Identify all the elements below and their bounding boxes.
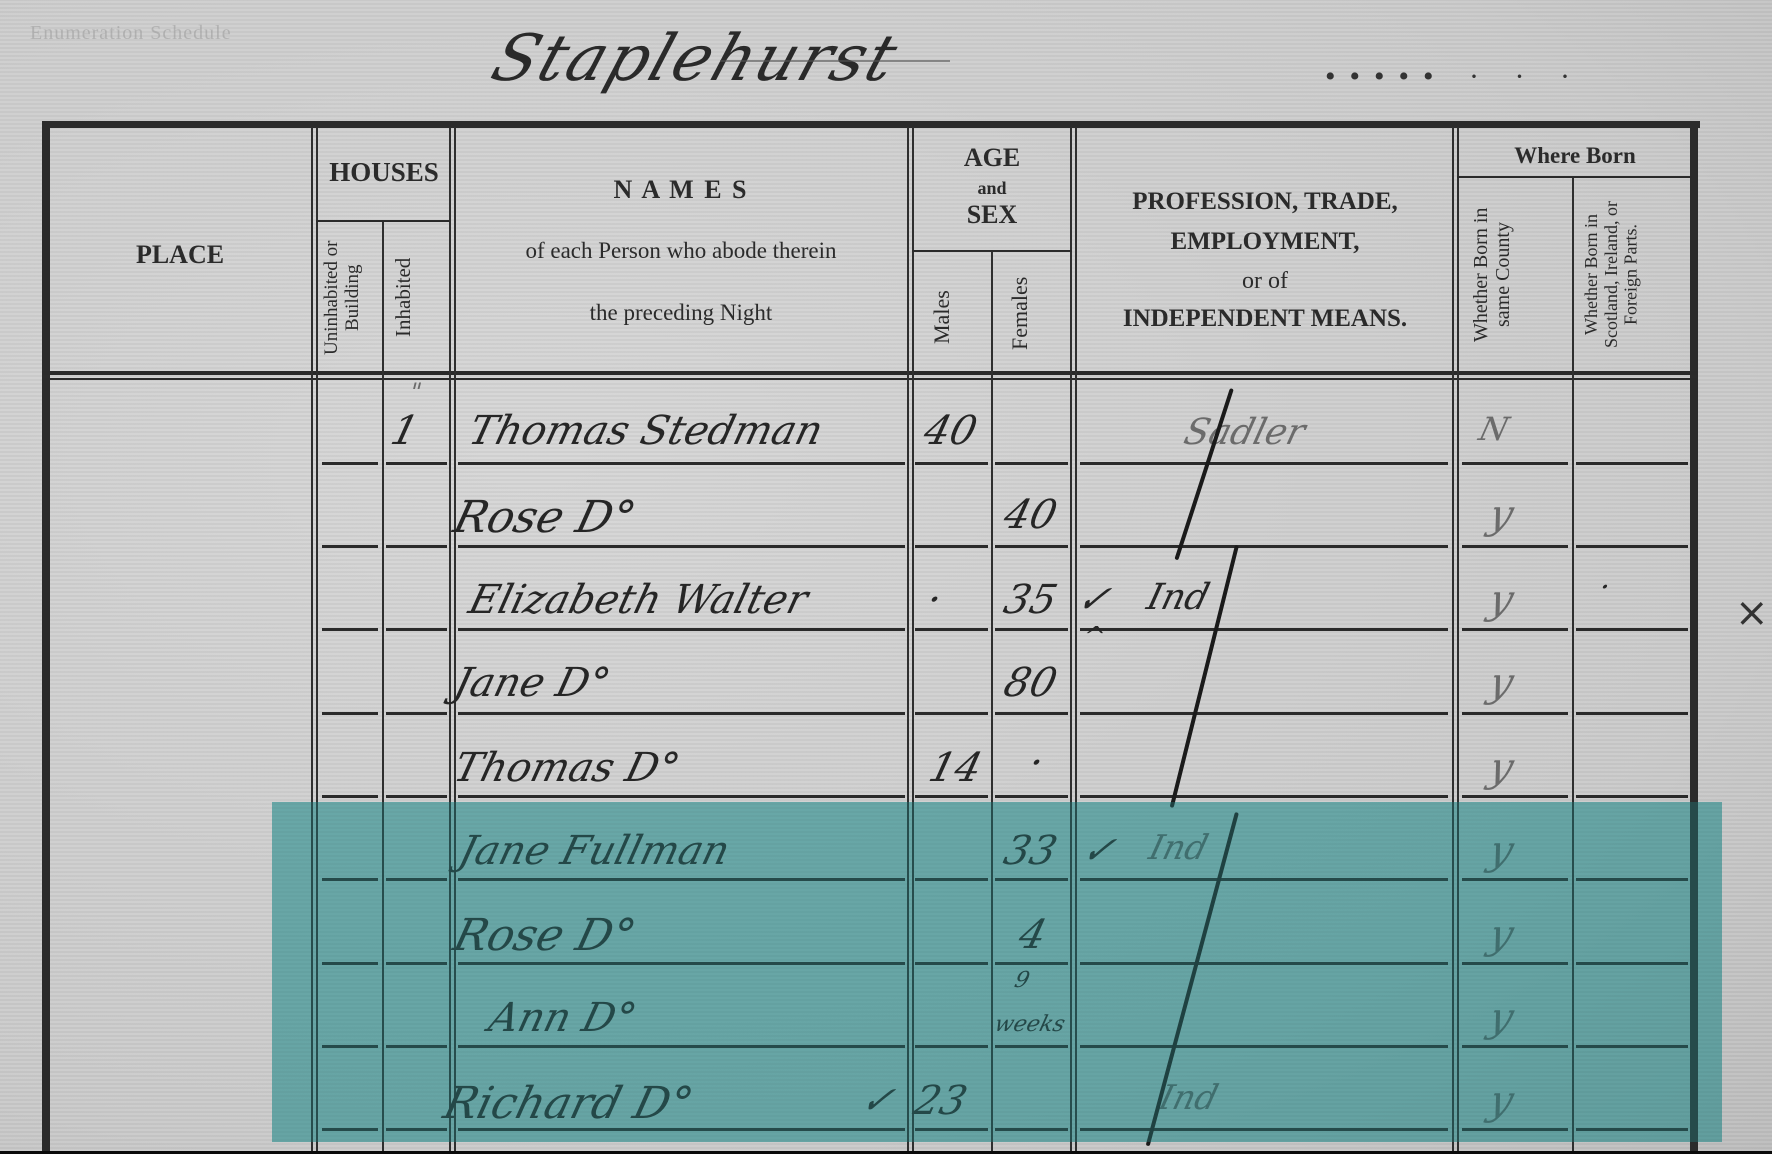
header-profession-line3: or of — [1078, 268, 1452, 296]
row-separator — [386, 795, 447, 798]
header-where-born: Where Born — [1459, 143, 1691, 169]
row-separator — [1080, 712, 1448, 715]
row-separator — [386, 628, 447, 631]
row1-profession: Sadler — [1180, 412, 1309, 453]
row-separator — [322, 712, 378, 715]
row2-name: Rose D° — [449, 492, 641, 543]
row-separator — [322, 545, 378, 548]
margin-x-mark: × — [1735, 590, 1769, 636]
row-separator — [322, 462, 378, 465]
header-profession-line2: EMPLOYMENT, — [1078, 228, 1452, 257]
row-separator — [915, 462, 988, 465]
row-separator — [1080, 628, 1448, 631]
parish-title: Staplehurst — [483, 22, 908, 96]
row-separator — [1080, 545, 1448, 548]
title-underline — [720, 60, 950, 62]
row-separator — [915, 795, 988, 798]
row-separator — [1576, 462, 1688, 465]
top-right-dots: ••••• · · · — [1325, 60, 1584, 94]
row-separator — [458, 628, 905, 631]
row-separator — [995, 712, 1068, 715]
header-inhabited: Inhabited — [392, 230, 442, 365]
where-born-subdivider — [1457, 176, 1692, 178]
row1-name: Thomas Stedman — [464, 408, 827, 454]
row-separator — [386, 462, 447, 465]
faint-header-text: Enumeration Schedule — [30, 22, 232, 45]
header-names-line1: of each Person who abode therein — [456, 238, 906, 264]
header-age: AGE — [914, 143, 1070, 173]
header-and: and — [914, 178, 1070, 199]
row-separator — [915, 712, 988, 715]
row-separator — [1576, 545, 1688, 548]
row-separator — [1576, 712, 1688, 715]
header-sex: SEX — [914, 200, 1070, 230]
highlight-tint — [272, 802, 1722, 1142]
row-separator — [915, 545, 988, 548]
row-separator — [458, 712, 905, 715]
row-separator — [322, 628, 378, 631]
header-divider-2 — [42, 378, 1697, 380]
row3-profession: Ind — [1143, 577, 1214, 618]
header-females: Females — [1008, 262, 1058, 365]
row-separator — [386, 545, 447, 548]
header-profession-line1: PROFESSION, TRADE, — [1078, 188, 1452, 217]
row-separator — [1462, 712, 1568, 715]
row-separator — [1080, 795, 1448, 798]
row-separator — [995, 628, 1068, 631]
header-divider — [42, 371, 1697, 375]
row-separator — [458, 795, 905, 798]
header-uninhabited: Uninhabited or Building — [322, 230, 380, 365]
header-houses: HOUSES — [318, 157, 450, 188]
row-separator — [1576, 795, 1688, 798]
row-separator — [995, 545, 1068, 548]
row4-name: Jane D° — [449, 660, 615, 706]
row-separator — [1576, 628, 1688, 631]
row-separator — [1462, 462, 1568, 465]
row-separator — [1462, 545, 1568, 548]
row3-name: Elizabeth Walter — [464, 577, 812, 623]
row-separator — [386, 712, 447, 715]
header-profession-line4: INDEPENDENT MEANS. — [1078, 305, 1452, 334]
table-left-border — [42, 121, 50, 1154]
header-place: PLACE — [60, 240, 300, 270]
header-same-county: Whether Born in same County — [1470, 186, 1560, 364]
row-separator — [995, 795, 1068, 798]
houses-subdivider — [316, 220, 450, 222]
row-separator — [1462, 795, 1568, 798]
header-scotland-ireland: Whether Born in Scotland, Ireland, or Fo… — [1582, 186, 1687, 364]
header-males: Males — [930, 270, 980, 365]
age-subdivider — [912, 250, 1072, 252]
header-names: N A M E S — [456, 175, 906, 205]
row5-name: Thomas D° — [449, 745, 684, 791]
row-separator — [995, 462, 1068, 465]
row-separator — [1462, 628, 1568, 631]
row-separator — [458, 545, 905, 548]
row-separator — [915, 628, 988, 631]
row-separator — [322, 795, 378, 798]
header-names-line2: the preceding Night — [456, 300, 906, 326]
row-separator — [1080, 462, 1448, 465]
row-separator — [458, 462, 905, 465]
